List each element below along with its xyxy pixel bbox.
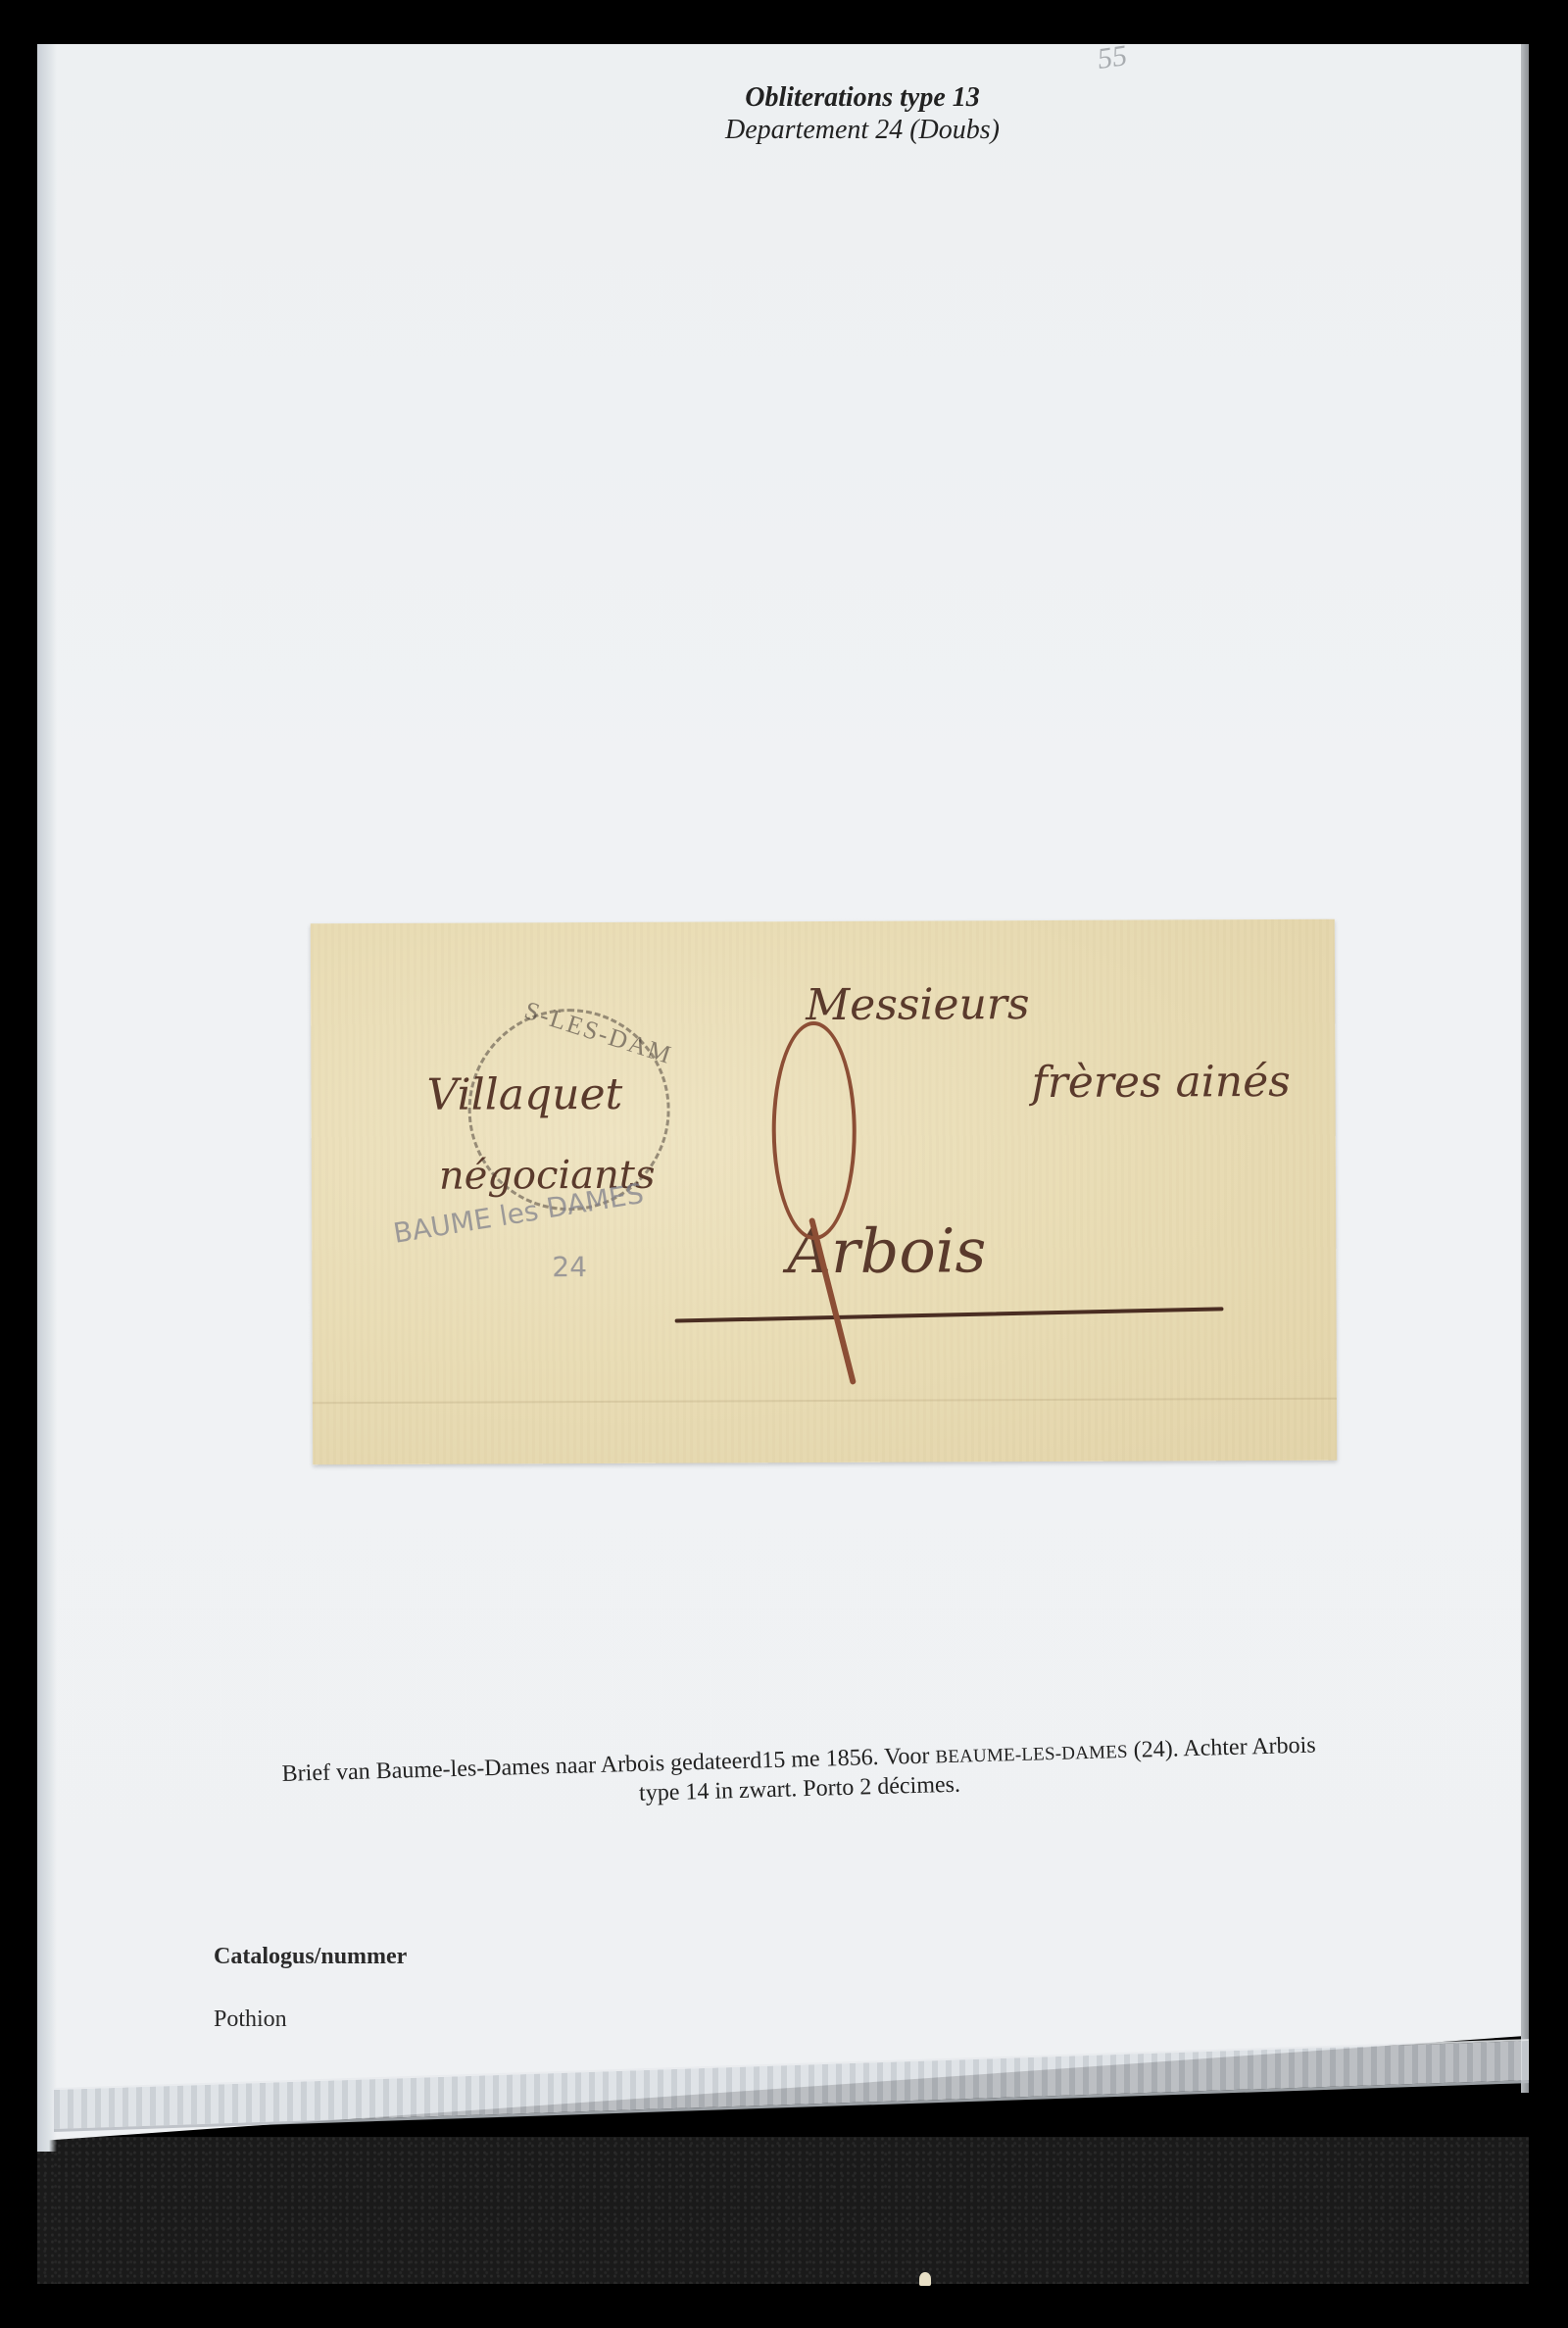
pin-head	[919, 2272, 931, 2286]
address-line: frères ainés	[1031, 1057, 1290, 1108]
pencil-note: 24	[552, 1251, 587, 1283]
page-header: Obliterations type 13 Departement 24 (Do…	[0, 80, 1568, 145]
catalog-label: Catalogus/nummer	[214, 1944, 407, 1970]
flourish-underline	[675, 1307, 1224, 1322]
sleeve-right-edge	[1521, 44, 1529, 2093]
sleeve-left-edge	[37, 44, 57, 2152]
caption-text: (24). Achter Arbois	[1127, 1733, 1316, 1763]
address-line: Messieurs	[806, 979, 1030, 1030]
address-line: Villaquet	[426, 1069, 622, 1120]
felt-background	[37, 2137, 1529, 2284]
fold-line	[313, 1398, 1337, 1405]
caption-smallcaps: BEAUME-LES-DAMES	[935, 1742, 1128, 1767]
catalog-value: Pothion	[214, 2006, 287, 2033]
porto-mark-loop	[771, 1021, 857, 1240]
page-number: 55	[1096, 39, 1129, 76]
page-subtitle: Departement 24 (Doubs)	[725, 116, 1000, 145]
letter-image: S-LES-DAM Messieurs Villaquet frères ain…	[311, 919, 1337, 1465]
page-title: Obliterations type 13	[745, 80, 980, 116]
